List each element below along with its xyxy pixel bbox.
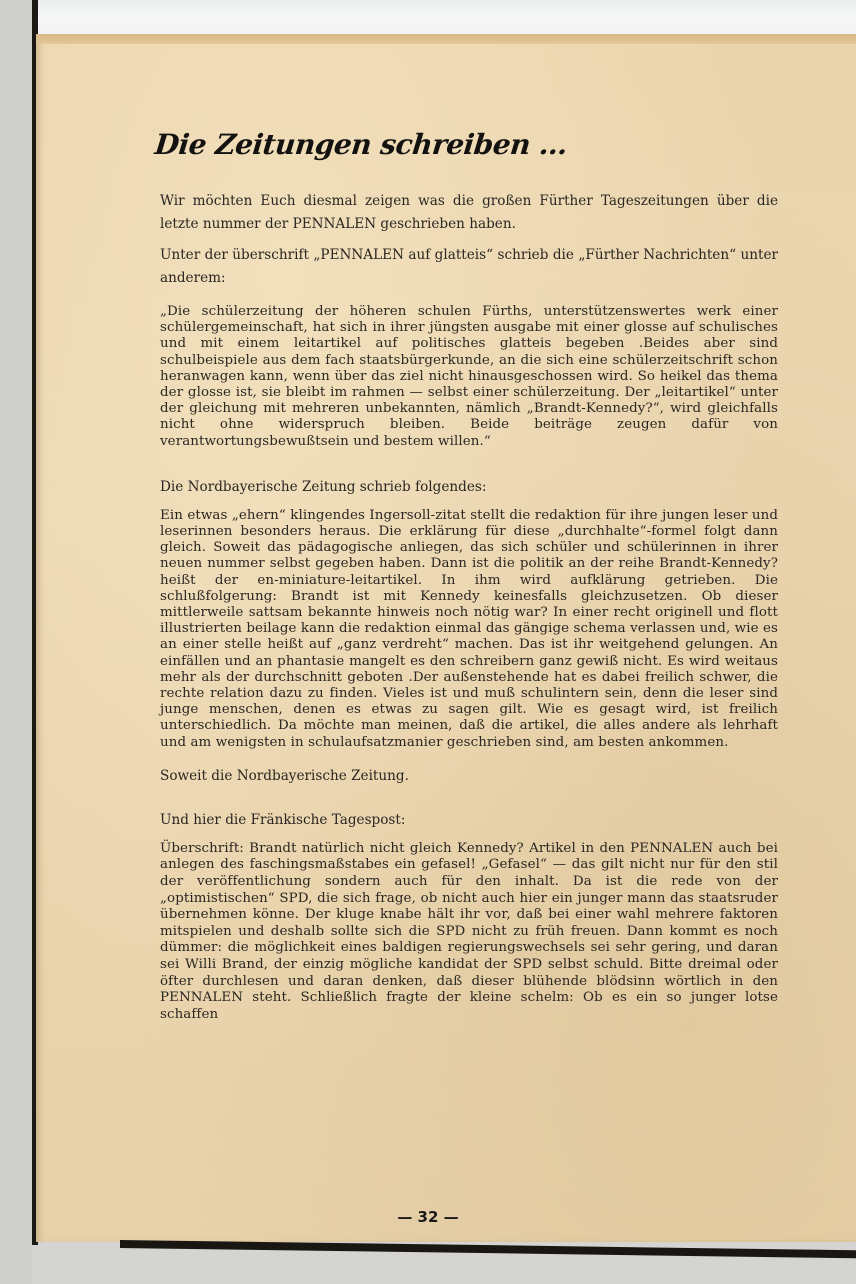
nordbayerische-zeitung-outro: Soweit die Nordbayerische Zeitung. xyxy=(160,767,778,785)
intro-section: Wir möchten Euch diesmal zeigen was die … xyxy=(160,190,778,290)
intro-paragraph: Wir möchten Euch diesmal zeigen was die … xyxy=(160,190,778,236)
nordbayerische-zeitung-article: Ein etwas „ehern“ klingendes Ingersoll-z… xyxy=(160,508,778,751)
nordbayerische-zeitung-intro: Die Nordbayerische Zeitung schrieb folge… xyxy=(160,478,778,496)
page-top-fold xyxy=(36,34,856,44)
fraenkische-tagespost-article: Überschrift: Brandt natürlich nicht glei… xyxy=(160,841,778,1024)
fuerther-nachrichten-quote: „Die schülerzeitung der höheren schulen … xyxy=(160,304,778,450)
page-bottom-shadow xyxy=(120,1240,856,1258)
scan-background-left xyxy=(0,0,32,1284)
fraenkische-tagespost-intro: Und hier die Fränkische Tagespost: xyxy=(160,811,778,829)
page-number: — 32 — xyxy=(0,1208,856,1226)
next-page-edge xyxy=(38,0,856,36)
article-body: Wir möchten Euch diesmal zeigen was die … xyxy=(160,190,778,1023)
fuerther-nachrichten-intro: Unter der überschrift „PENNALEN auf glat… xyxy=(160,244,778,290)
page-title: Die Zeitungen schreiben ... xyxy=(153,128,569,161)
